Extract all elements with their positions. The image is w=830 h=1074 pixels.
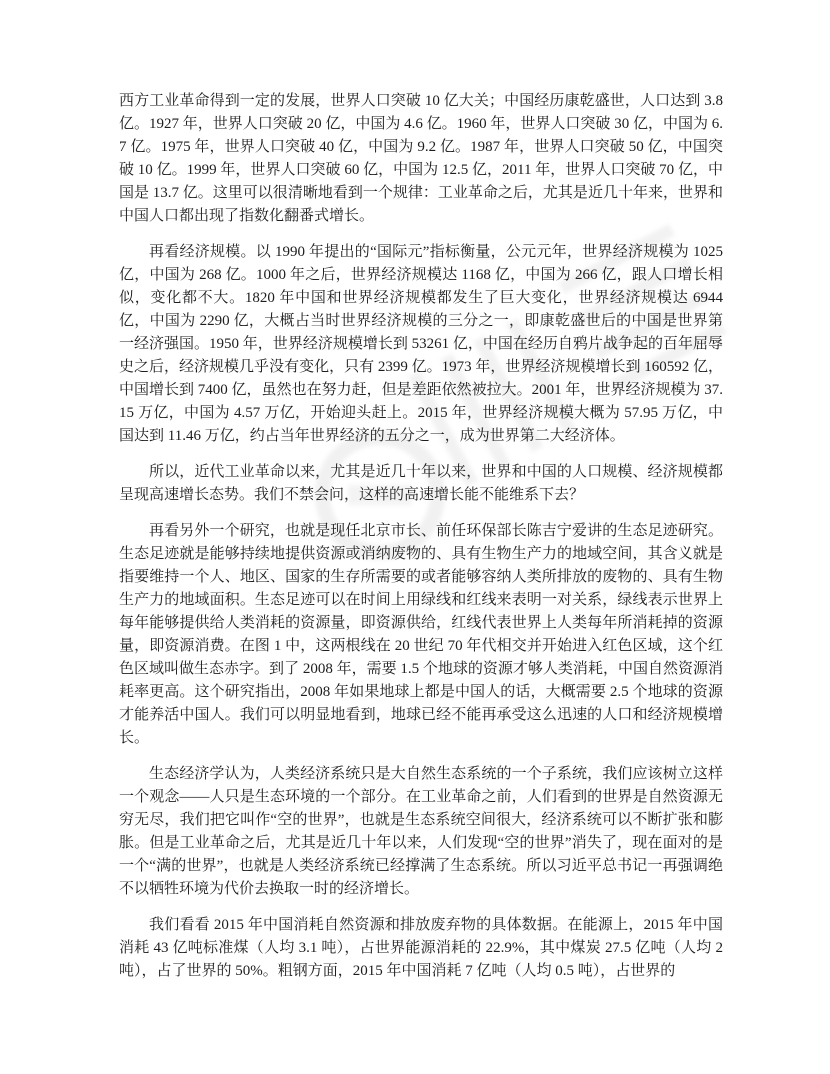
paragraph-economy-scale: 再看经济规模。以 1990 年提出的“国际元”指标衡量，公元元年，世界经济规模为… bbox=[119, 241, 723, 448]
document-page: 西方工业革命得到一定的发展，世界人口突破 10 亿大关；中国经历康乾盛世，人口达… bbox=[0, 0, 830, 1074]
paragraph-growth-question: 所以，近代工业革命以来，尤其是近几十年以来，世界和中国的人口规模、经济规模都呈现… bbox=[119, 461, 723, 507]
paragraph-ecological-economics: 生态经济学认为，人类经济系统只是大自然生态系统的一个子系统，我们应该树立这样一个… bbox=[119, 763, 723, 901]
paragraph-ecological-footprint: 再看另外一个研究，也就是现任北京市长、前任环保部长陈吉宁爱讲的生态足迹研究。生态… bbox=[119, 520, 723, 750]
document-body: 西方工业革命得到一定的发展，世界人口突破 10 亿大关；中国经历康乾盛世，人口达… bbox=[119, 90, 723, 996]
paragraph-2015-consumption-data: 我们看看 2015 年中国消耗自然资源和排放废弃物的具体数据。在能源上，2015… bbox=[119, 914, 723, 983]
paragraph-population-growth: 西方工业革命得到一定的发展，世界人口突破 10 亿大关；中国经历康乾盛世，人口达… bbox=[119, 90, 723, 228]
